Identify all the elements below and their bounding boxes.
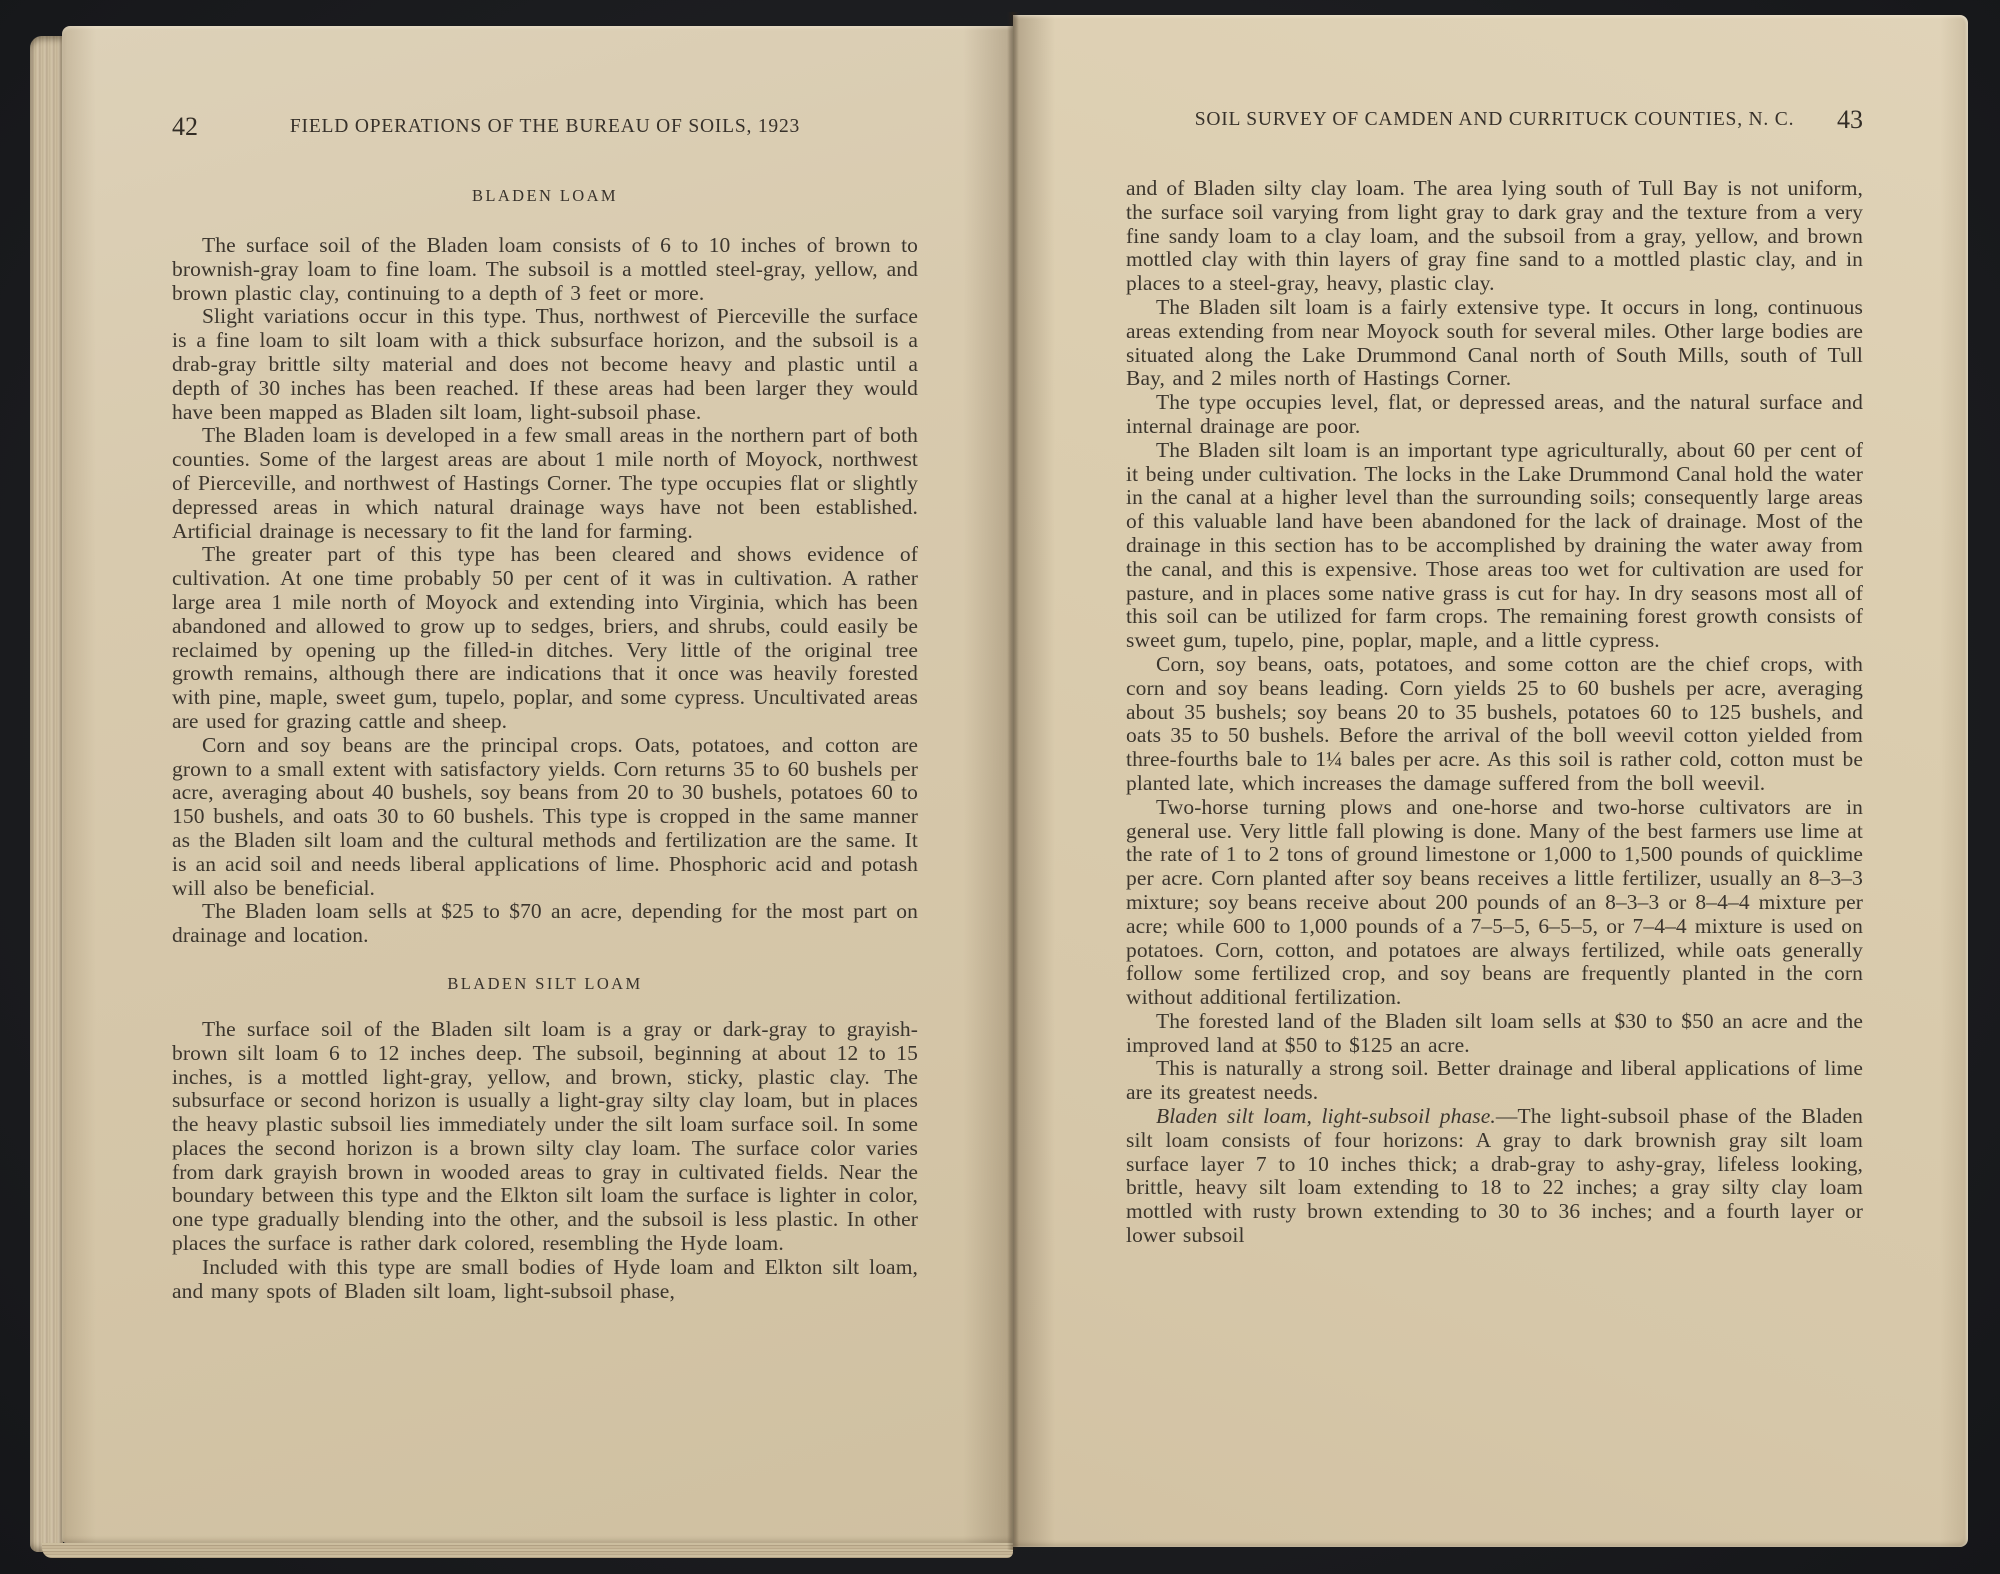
- paragraph: Two-horse turning plows and one-horse an…: [1126, 796, 1863, 1010]
- paragraph: Corn and soy beans are the principal cro…: [172, 734, 918, 901]
- page-edge-stack-left: [30, 36, 63, 1552]
- paragraph: The forested land of the Bladen silt loa…: [1126, 1010, 1863, 1058]
- paragraph-phase: Bladen silt loam, light-subsoil phase.—T…: [1126, 1105, 1863, 1248]
- paragraph: The Bladen silt loam is a fairly extensi…: [1126, 296, 1863, 391]
- italic-phase-lead: Bladen silt loam, light-subsoil phase.: [1156, 1104, 1496, 1128]
- section-heading-bladen-silt-loam: BLADEN SILT LOAM: [172, 974, 918, 994]
- page-edge-stack-bottom: [42, 1543, 1013, 1558]
- left-page: 42 FIELD OPERATIONS OF THE BUREAU OF SOI…: [62, 26, 1013, 1543]
- left-page-body: The surface soil of the Bladen loam cons…: [172, 234, 918, 948]
- header-body-gap: [1126, 139, 1863, 177]
- photo-background: { "palette": { "backdrop": "#1b1c1f", "p…: [0, 0, 2000, 1574]
- paragraph: The surface soil of the Bladen silt loam…: [172, 1018, 918, 1256]
- paragraph: The Bladen loam is developed in a few sm…: [172, 424, 918, 543]
- right-page: SOIL SURVEY OF CAMDEN AND CURRITUCK COUN…: [1013, 15, 1968, 1547]
- right-page-text-column: SOIL SURVEY OF CAMDEN AND CURRITUCK COUN…: [1126, 109, 1863, 1248]
- paragraph-continuation: and of Bladen silty clay loam. The area …: [1126, 177, 1863, 296]
- book-spine-crease: [1007, 12, 1019, 1550]
- paragraph: Slight variations occur in this type. Th…: [172, 305, 918, 424]
- paragraph: The greater part of this type has been c…: [172, 543, 918, 733]
- right-page-header: SOIL SURVEY OF CAMDEN AND CURRITUCK COUN…: [1126, 109, 1863, 139]
- right-page-body: and of Bladen silty clay loam. The area …: [1126, 177, 1863, 1248]
- paragraph: The Bladen loam sells at $25 to $70 an a…: [172, 900, 918, 948]
- left-page-text-column: 42 FIELD OPERATIONS OF THE BUREAU OF SOI…: [172, 116, 918, 1303]
- section-heading-bladen-loam: BLADEN LOAM: [172, 186, 918, 206]
- paragraph: The type occupies level, flat, or depres…: [1126, 391, 1863, 439]
- right-running-title: SOIL SURVEY OF CAMDEN AND CURRITUCK COUN…: [1126, 109, 1863, 131]
- paragraph: The surface soil of the Bladen loam cons…: [172, 234, 918, 305]
- paragraph: This is naturally a strong soil. Better …: [1126, 1057, 1863, 1105]
- left-page-header: 42 FIELD OPERATIONS OF THE BUREAU OF SOI…: [172, 116, 918, 146]
- right-page-number: 43: [1837, 105, 1863, 135]
- left-running-title: FIELD OPERATIONS OF THE BUREAU OF SOILS,…: [172, 116, 918, 138]
- left-page-number: 42: [172, 112, 198, 142]
- paragraph: The Bladen silt loam is an important typ…: [1126, 439, 1863, 653]
- left-page-body-2: The surface soil of the Bladen silt loam…: [172, 1018, 918, 1304]
- paragraph: Corn, soy beans, oats, potatoes, and som…: [1126, 653, 1863, 796]
- paragraph: Included with this type are small bodies…: [172, 1256, 918, 1304]
